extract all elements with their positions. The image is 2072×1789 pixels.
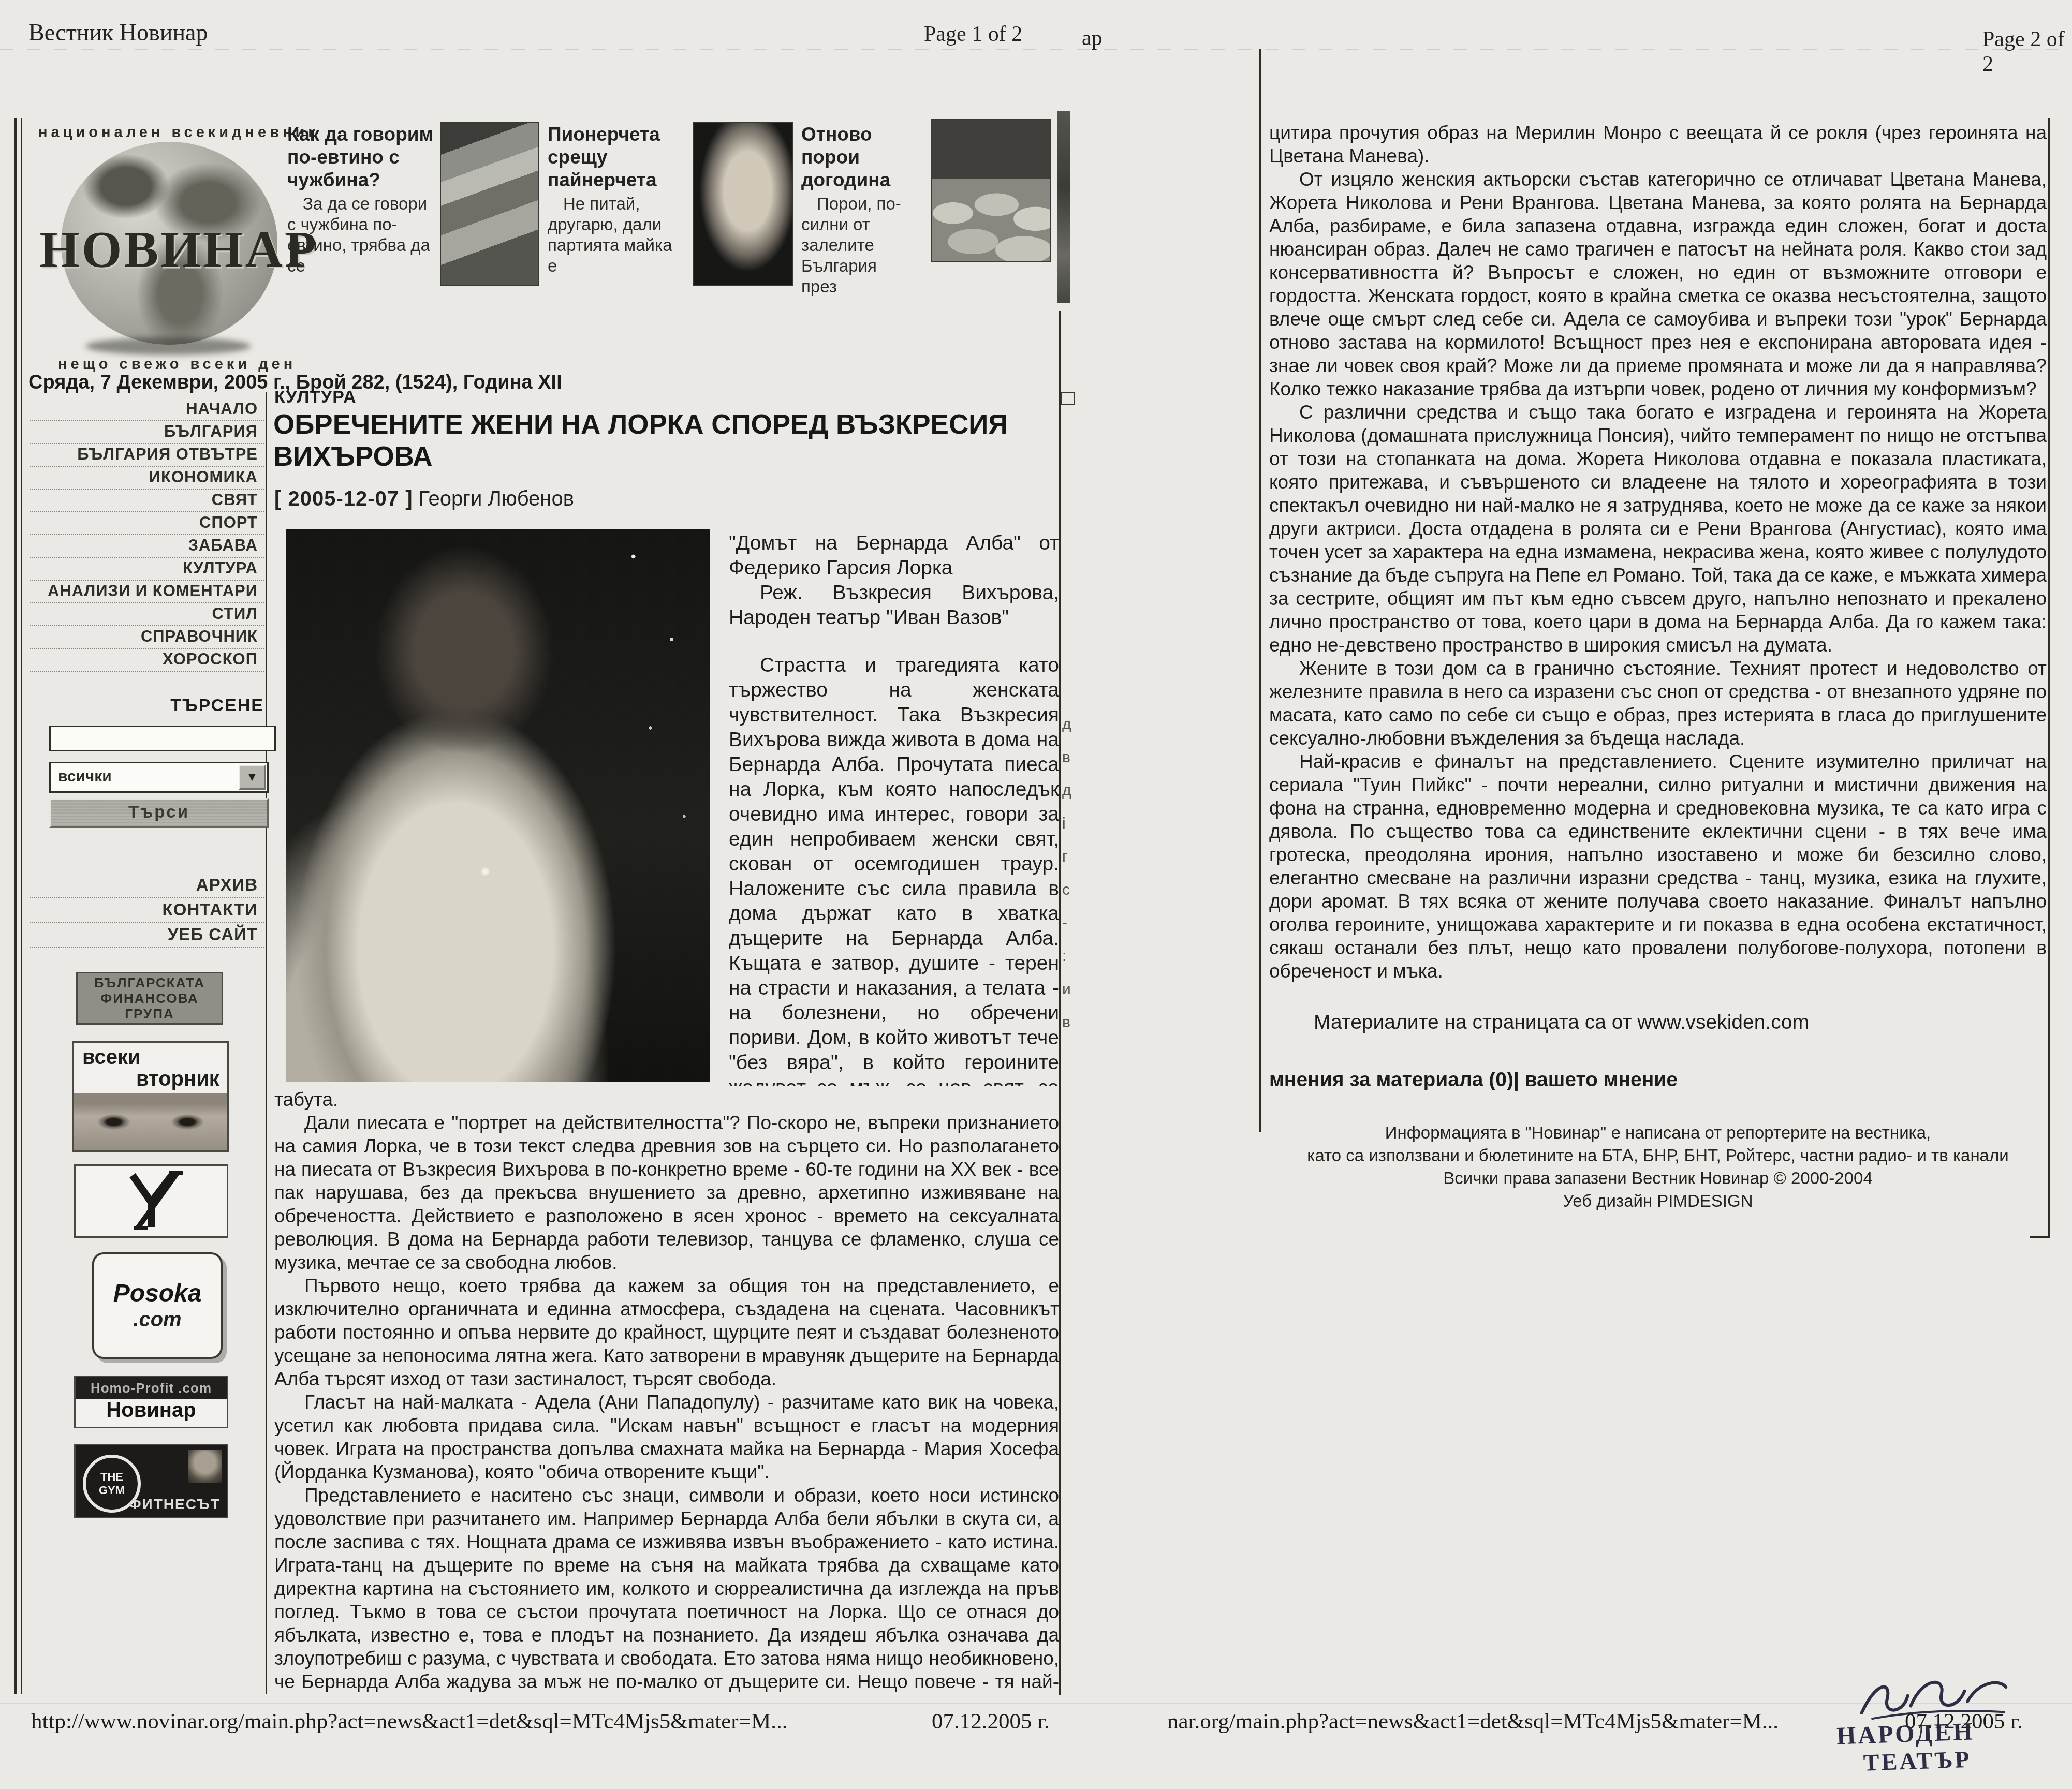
paragraph: табута. bbox=[274, 1088, 1059, 1111]
print-page2-label: Page 2 of 2 bbox=[1982, 27, 2072, 77]
section-kicker: КУЛТУРА bbox=[274, 387, 356, 407]
sidebar-item-bulgaria[interactable]: БЪЛГАРИЯ bbox=[30, 421, 264, 444]
novinar-globe-logo[interactable]: НОВИНАР bbox=[61, 142, 277, 345]
banner-vseki-vtornik[interactable]: всеки вторник bbox=[72, 1041, 229, 1152]
print-doc-title: Вестник Новинар bbox=[28, 19, 208, 46]
sidebar-links: АРХИВ КОНТАКТИ УЕБ САЙТ bbox=[30, 874, 264, 948]
materials-source-note: Материалите на страницата са от www.vsek… bbox=[1269, 1011, 2047, 1034]
clipped-text-sliver: д в д i г с - : и в bbox=[1062, 708, 1079, 1039]
paragraph: Гласът на най-малката - Адела (Ани Папад… bbox=[274, 1391, 1059, 1484]
teaser-body: Не питай, другарю, дали партията майка е bbox=[548, 194, 678, 276]
sidebar-item-analizi[interactable]: АНАЛИЗИ И КОМЕНТАРИ bbox=[30, 581, 264, 603]
eyes-photo bbox=[74, 1093, 227, 1150]
paragraph: Най-красив е финалът на представлението.… bbox=[1269, 750, 2047, 983]
search-category-value: всички bbox=[58, 768, 112, 786]
page2-left-border bbox=[1259, 49, 1261, 1132]
teaser-title[interactable]: Отново порои догодина bbox=[801, 123, 905, 191]
page1-left-border bbox=[14, 118, 17, 1694]
page2-border-tick bbox=[2030, 1236, 2050, 1238]
sidebar-item-spravochnik[interactable]: СПРАВОЧНИК bbox=[30, 626, 264, 649]
page2-right-border bbox=[2048, 118, 2050, 1238]
article-caption-column: "Домът на Бернарда Алба" от Федерико Гар… bbox=[729, 531, 1059, 1086]
article-byline: [ 2005-12-07 ] Георги Любенов bbox=[274, 487, 574, 511]
paragraph: Първото нещо, което трябва да кажем за о… bbox=[274, 1274, 1059, 1391]
search-input[interactable] bbox=[49, 726, 276, 751]
banner-novinar[interactable]: Homo-Profit .com Новинар bbox=[74, 1376, 228, 1428]
banner-gym[interactable]: THE GYM ФИТНЕСЪТ bbox=[74, 1444, 228, 1518]
article-photo-theatre-scene bbox=[286, 529, 710, 1082]
banner-text: ФИТНЕСЪТ bbox=[129, 1496, 221, 1513]
search-section-label: ТЪРСЕНЕ bbox=[30, 696, 264, 716]
banner-text: .com bbox=[94, 1308, 221, 1332]
sidebar-item-ikonomika[interactable]: ИКОНОМИКА bbox=[30, 467, 264, 490]
sidebar-item-zabava[interactable]: ЗАБАВА bbox=[30, 535, 264, 558]
teaser-body: За да се говори с чужбина по-евтино, тря… bbox=[287, 194, 436, 276]
sidebar-item-web-sait[interactable]: УЕБ САЙТ bbox=[30, 923, 264, 948]
teaser-floods[interactable]: Отново порои догодина Порои, по-силни от… bbox=[801, 123, 905, 297]
article-body-page2: цитира прочутия образ на Мерилин Монро с… bbox=[1269, 121, 2047, 1213]
banner-posoka[interactable]: Posoka .com bbox=[92, 1252, 223, 1359]
article-title: ОБРЕЧЕНИТЕ ЖЕНИ НА ЛОРКА СПОРЕД ВЪЗКРЕСИ… bbox=[273, 409, 1057, 473]
banner-monogram[interactable] bbox=[74, 1164, 228, 1238]
banner-text: всеки bbox=[82, 1046, 141, 1069]
scan-artifact-band bbox=[0, 1703, 2072, 1704]
scan-artifact-line bbox=[0, 49, 2072, 50]
sidebar-item-arhiv[interactable]: АРХИВ bbox=[30, 874, 264, 898]
sidebar-item-sport[interactable]: СПОРТ bbox=[30, 512, 264, 535]
teaser-title[interactable]: Пионерчета срещу пайнерчета bbox=[548, 123, 678, 191]
site-footer: Информацията в "Новинар" е написана от р… bbox=[1269, 1121, 2047, 1213]
play-caption: "Домът на Бернарда Алба" от Федерико Гар… bbox=[729, 531, 1059, 581]
sidebar-item-bulgaria-otvutre[interactable]: БЪЛГАРИЯ ОТВЪТРЕ bbox=[30, 444, 264, 467]
teaser-pioneers[interactable]: Пионерчета срещу пайнерчета Не питай, др… bbox=[548, 123, 678, 276]
sidebar-item-svyat[interactable]: СВЯТ bbox=[30, 490, 264, 512]
footer-line: Уеб дизайн PIMDESIGN bbox=[1269, 1190, 2047, 1213]
signature-flourish-icon bbox=[1855, 1672, 2012, 1723]
page1-left-border-inner bbox=[21, 118, 22, 1694]
paragraph: цитира прочутия образ на Мерилин Монро с… bbox=[1269, 121, 2047, 168]
sidebar-item-kontakti[interactable]: КОНТАКТИ bbox=[30, 898, 264, 923]
search-button[interactable]: Търси bbox=[49, 798, 269, 828]
sidebar-item-horoskop[interactable]: ХОРОСКОП bbox=[30, 649, 264, 672]
paragraph: Представлението е наситено със знаци, си… bbox=[274, 1484, 1059, 1697]
banner-text: Новинар bbox=[76, 1399, 227, 1422]
monogram-icon bbox=[76, 1166, 227, 1236]
scanned-webpage-printout: Вестник Новинар Page 1 of 2 ap Page 2 of… bbox=[0, 0, 2072, 1789]
print-page1-label: Page 1 of 2 bbox=[924, 22, 1022, 47]
search-category-select[interactable]: всички ▼ bbox=[49, 762, 269, 793]
teaser-body: Порои, по-силни от залелите България пре… bbox=[801, 194, 905, 297]
footer-line: Информацията в "Новинар" е написана от р… bbox=[1269, 1121, 2047, 1144]
paragraph: Жените в този дом са в гранично състояни… bbox=[1269, 657, 2047, 750]
banner-text: Posoka bbox=[94, 1279, 221, 1308]
sidebar-item-nachalo[interactable]: НАЧАЛО bbox=[30, 398, 264, 421]
masthead-tagline-top: национален всекидневник bbox=[38, 124, 319, 141]
clipped-image-strip bbox=[1057, 111, 1070, 303]
teaser-title[interactable]: Как да говорим по-евтино с чужбина? bbox=[287, 123, 436, 191]
sidebar-right-border bbox=[266, 392, 267, 1694]
narodden-teatar-stamp: НАРОДЕН ТЕАТЪР bbox=[1798, 1673, 2040, 1789]
teaser-image-phonecards[interactable] bbox=[440, 122, 539, 286]
director-caption: Реж. Възкресия Вихърова, Народен театър … bbox=[729, 581, 1059, 630]
article-author: Георги Любенов bbox=[419, 487, 574, 510]
teaser-image-singer[interactable] bbox=[693, 122, 793, 286]
teaser-image-sandbags[interactable] bbox=[931, 119, 1051, 262]
teaser-phone-abroad[interactable]: Как да говорим по-евтино с чужбина? За д… bbox=[287, 123, 436, 276]
sidebar-item-stil[interactable]: СТИЛ bbox=[30, 603, 264, 626]
article-lead: Страстта и трагедията като тържество на … bbox=[729, 653, 1059, 1086]
banner-text: вторник bbox=[136, 1068, 219, 1091]
chevron-down-icon[interactable]: ▼ bbox=[239, 765, 266, 790]
footer-line: като са използвани и бюлетините на БТА, … bbox=[1269, 1144, 2047, 1167]
paragraph: От изцяло женския актьорски състав катег… bbox=[1269, 168, 2047, 401]
globe-shadow bbox=[85, 337, 251, 355]
opinions-link-row[interactable]: мнения за материала (0)| вашето мнение bbox=[1269, 1068, 2047, 1091]
sidebar-menu: НАЧАЛО БЪЛГАРИЯ БЪЛГАРИЯ ОТВЪТРЕ ИКОНОМИ… bbox=[30, 398, 264, 672]
banner-text: Homo-Profit .com bbox=[76, 1377, 227, 1399]
printed-date-page1: 07.12.2005 г. bbox=[932, 1709, 1050, 1734]
footer-line: Всички права запазени Вестник Новинар © … bbox=[1269, 1167, 2047, 1190]
novinar-logo-text: НОВИНАР bbox=[39, 219, 298, 279]
page1-border-mark bbox=[1061, 392, 1075, 405]
printed-url-page1: http://www.novinar.org/main.php?act=news… bbox=[31, 1709, 787, 1734]
sidebar-item-kultura[interactable]: КУЛТУРА bbox=[30, 558, 264, 581]
banner-bfg[interactable]: БЪЛГАРСКАТА ФИНАНСОВА ГРУПА bbox=[76, 972, 223, 1025]
article-date-tag: [ 2005-12-07 ] bbox=[274, 487, 413, 510]
printed-url-page2: nar.org/main.php?act=news&act1=det&sql=M… bbox=[1167, 1709, 1779, 1734]
print-center-label: ap bbox=[1082, 26, 1103, 51]
paragraph: С различни средства и също така богато е… bbox=[1269, 401, 2047, 657]
stamp-text-line2: ТЕАТЪР bbox=[1863, 1746, 1972, 1777]
paragraph: Дали пиесата е "портрет на действителнос… bbox=[274, 1111, 1059, 1274]
masthead-tagline-bottom: нещо свежо всеки ден bbox=[58, 356, 296, 373]
face-photo bbox=[188, 1450, 222, 1483]
article-body-page1: табута. Дали пиесата е "портрет на дейст… bbox=[274, 1088, 1059, 1697]
